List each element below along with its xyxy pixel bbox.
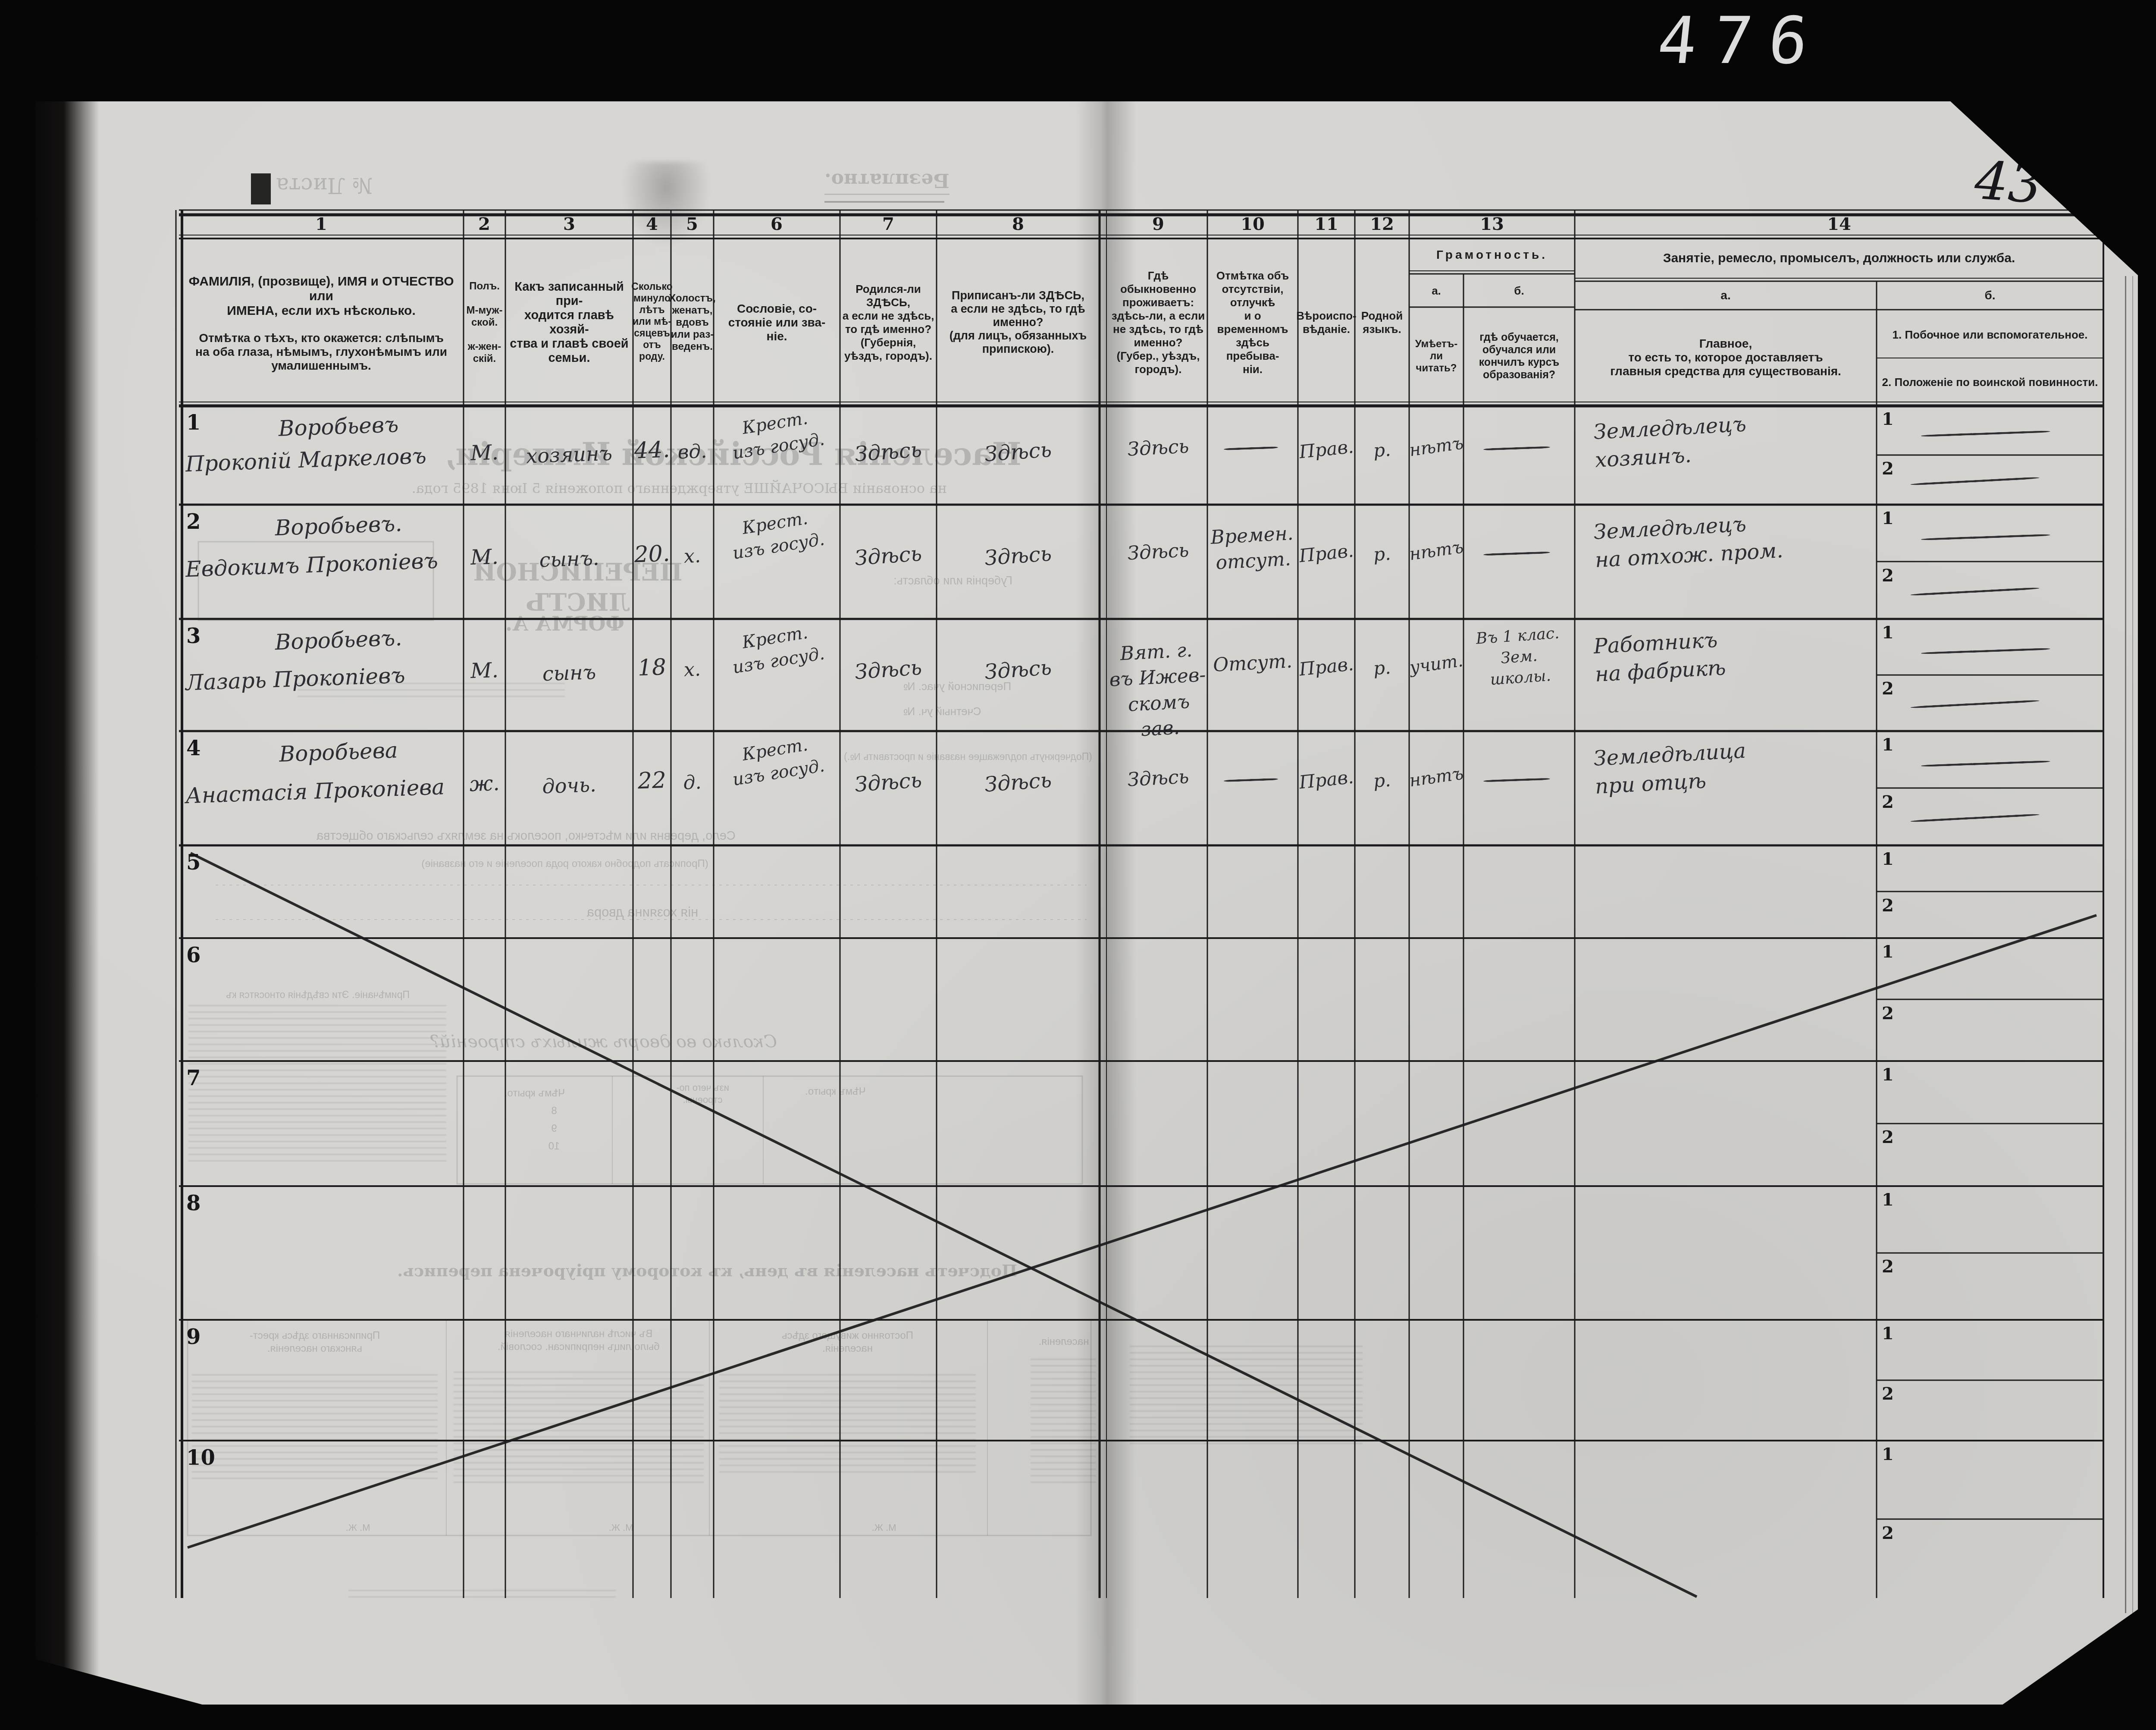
cell-age: 20. xyxy=(633,538,671,570)
cell-military-dash xyxy=(1910,587,2040,596)
cell-estate: Крест. изъ госуд. xyxy=(711,616,843,682)
cell-lives: Здѣсь xyxy=(1109,763,1208,794)
cell-registered: Здѣсь xyxy=(936,537,1100,576)
cell-military-dash xyxy=(1910,700,2040,709)
cell-marital: д. xyxy=(671,769,714,796)
cell-registered: Здѣсь xyxy=(936,433,1100,472)
cell-marital: х. xyxy=(671,543,714,570)
cell-dash xyxy=(1483,778,1550,782)
cell-sex: ж. xyxy=(463,769,506,798)
cell-religion: Прав. xyxy=(1297,652,1356,682)
cell-dash xyxy=(1224,446,1278,450)
cell-full-name: Лазарь Прокопіевъ xyxy=(185,659,464,698)
cell-surname: Воробьевъ xyxy=(243,409,434,445)
book-binding-edge xyxy=(34,100,99,1707)
cell-sex: М. xyxy=(463,543,506,572)
cell-occupation: Работникъ на фабрикѣ xyxy=(1573,618,1878,689)
cell-religion: Прав. xyxy=(1297,765,1356,795)
cell-estate: Крест. изъ госуд. xyxy=(711,502,843,568)
census-sheet-scan: № ЛистаБезплатно.Населенія Россійской Им… xyxy=(0,0,2156,1730)
cell-born: Здѣсь xyxy=(839,766,937,800)
cell-occupation: Земледѣлецъ хозяинъ. xyxy=(1573,404,1878,475)
cell-lives: Вят. г. въ Ижев- скомъ зав. xyxy=(1106,637,1210,744)
cell-age: 44. xyxy=(633,434,671,466)
cell-full-name: Евдокимъ Прокопіевъ xyxy=(185,546,464,584)
cell-born: Здѣсь xyxy=(839,539,937,574)
cell-full-name: Анастасія Прокопіева xyxy=(185,772,464,811)
cell-estate: Крест. изъ госуд. xyxy=(711,728,843,794)
cell-occupation: Земледѣлецъ на отхож. пром. xyxy=(1573,504,1878,575)
cell-born: Здѣсь xyxy=(839,653,937,687)
cell-registered: Здѣсь xyxy=(936,763,1100,802)
cell-age: 22 xyxy=(633,765,671,796)
cell-surname: Воробьева xyxy=(243,735,434,770)
cell-age: 18 xyxy=(633,652,671,683)
cell-occupation: Земледѣлица при отцѣ xyxy=(1573,730,1878,802)
page-number-handwritten: 43 xyxy=(1973,150,2044,215)
cell-side-dash xyxy=(1921,534,2050,540)
cell-language: р. xyxy=(1354,540,1410,568)
cell-relation: хозяинъ xyxy=(505,439,633,470)
cell-military-dash xyxy=(1910,477,2040,486)
cell-language: р. xyxy=(1354,767,1410,795)
cell-lives: Здѣсь xyxy=(1109,433,1208,463)
cell-study: Въ 1 клас. Зем. школы. xyxy=(1461,622,1577,692)
cell-relation: дочь. xyxy=(505,770,633,801)
handwriting-layer: 43 ВоробьевъПрокопій МаркеловъМ.хозяинъ4… xyxy=(0,0,2156,1730)
cell-military-dash xyxy=(1910,813,2040,823)
cell-dash xyxy=(1483,552,1550,556)
cell-surname: Воробьевъ. xyxy=(243,508,434,544)
cell-language: р. xyxy=(1354,654,1410,682)
cell-surname: Воробьевъ. xyxy=(243,622,434,658)
cell-lives: Здѣсь xyxy=(1109,537,1208,567)
cell-reads: нѣтъ xyxy=(1408,535,1465,566)
cell-reads: нѣтъ xyxy=(1408,431,1465,462)
cell-registered: Здѣсь xyxy=(936,650,1100,690)
cell-absence: Времен. отсут. xyxy=(1206,521,1299,577)
cell-marital: х. xyxy=(671,656,714,684)
cell-relation: сынъ. xyxy=(505,543,633,575)
cell-side-dash xyxy=(1921,647,2050,654)
cell-absence: Отсут. xyxy=(1207,648,1299,678)
cell-marital: вд. xyxy=(671,438,714,465)
cell-born: Здѣсь xyxy=(839,435,937,469)
cell-reads: учит. xyxy=(1408,649,1465,679)
cell-dash xyxy=(1224,778,1278,782)
cell-estate: Крест. изъ госуд. xyxy=(711,402,843,468)
cell-religion: Прав. xyxy=(1297,538,1356,568)
cell-sex: М. xyxy=(463,656,506,686)
cell-full-name: Прокопій Маркеловъ xyxy=(185,440,464,479)
cell-language: р. xyxy=(1354,436,1410,465)
cell-reads: нѣтъ xyxy=(1408,762,1465,792)
cell-side-dash xyxy=(1921,430,2050,437)
cell-sex: М. xyxy=(463,439,506,468)
cell-side-dash xyxy=(1921,760,2050,767)
cell-dash xyxy=(1483,446,1550,450)
cell-religion: Прав. xyxy=(1297,434,1356,465)
cell-relation: сынъ xyxy=(505,657,633,688)
